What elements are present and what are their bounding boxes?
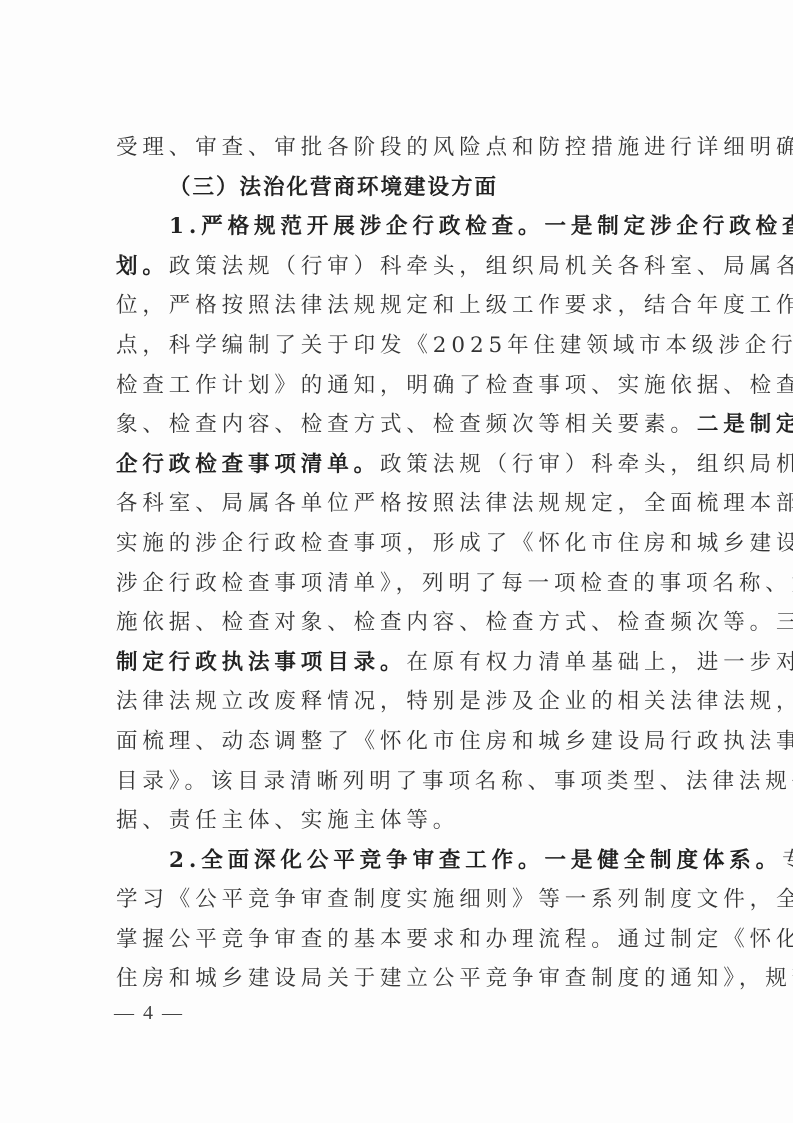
paragraph-line: 实施的涉企行政检查事项，形成了《怀化市住房和城乡建设局 xyxy=(116,524,680,564)
text-run: 施依据、检查对象、检查内容、检查方式、检查频次等。三是 xyxy=(116,610,793,635)
text-run: 面梳理、动态调整了《怀化市住房和城乡建设局行政执法事项 xyxy=(116,729,793,754)
paragraph-line: 点，科学编制了关于印发《2025年住建领域市本级涉企行政 xyxy=(116,326,680,366)
bold-run: 二是制定涉 xyxy=(697,412,793,437)
text-run: 住房和城乡建设局关于建立公平竞争审查制度的通知》，规范 xyxy=(116,966,793,991)
paragraph-line: 住房和城乡建设局关于建立公平竞争审查制度的通知》，规范 xyxy=(116,959,680,999)
section-heading: （三）法治化营商环境建设方面 xyxy=(116,168,680,208)
paragraph-line: 1.严格规范开展涉企行政检查。一是制定涉企行政检查计 xyxy=(116,207,680,247)
text-run: 据、责任主体、实施主体等。 xyxy=(116,808,459,833)
subsection-title: 2.全面深化公平竞争审查工作。 xyxy=(169,848,544,873)
text-run: 在原有权力清单基础上，进一步对照 xyxy=(406,650,793,675)
section-heading-text: （三）法治化营商环境建设方面 xyxy=(169,175,498,200)
text-run: 政策法规（行审）科牵头，组织局机关各科室、局属各单 xyxy=(169,254,793,279)
paragraph-line: 象、检查内容、检查方式、检查频次等相关要素。二是制定涉 xyxy=(116,405,680,445)
paragraph-line: 面梳理、动态调整了《怀化市住房和城乡建设局行政执法事项 xyxy=(116,722,680,762)
text-run: 专题 xyxy=(782,848,793,873)
text-run: 政策法规（行审）科牵头，组织局机关 xyxy=(380,452,793,477)
bold-run: 一是健全制度体系。 xyxy=(544,848,782,873)
paragraph-line: 2.全面深化公平竞争审查工作。一是健全制度体系。专题 xyxy=(116,841,680,881)
document-page: 受理、审查、审批各阶段的风险点和防控措施进行详细明确。 （三）法治化营商环境建设… xyxy=(0,0,793,1123)
text-run: 涉企行政检查事项清单》，列明了每一项检查的事项名称、实 xyxy=(116,571,793,596)
page-number: — 4 — xyxy=(114,1002,184,1025)
paragraph-line: 划。政策法规（行审）科牵头，组织局机关各科室、局属各单 xyxy=(116,247,680,287)
paragraph-line: 受理、审查、审批各阶段的风险点和防控措施进行详细明确。 xyxy=(116,128,680,168)
text-run: 象、检查内容、检查方式、检查频次等相关要素。 xyxy=(116,412,697,437)
paragraph-line: 涉企行政检查事项清单》，列明了每一项检查的事项名称、实 xyxy=(116,564,680,604)
text-run: 检查工作计划》的通知，明确了检查事项、实施依据、检查对 xyxy=(116,373,793,398)
paragraph-line: 法律法规立改废释情况，特别是涉及企业的相关法律法规，全 xyxy=(116,682,680,722)
document-body: 受理、审查、审批各阶段的风险点和防控措施进行详细明确。 （三）法治化营商环境建设… xyxy=(116,128,680,999)
paragraph-line: 各科室、局属各单位严格按照法律法规规定，全面梳理本部门 xyxy=(116,484,680,524)
paragraph-line: 施依据、检查对象、检查内容、检查方式、检查频次等。三是 xyxy=(116,603,680,643)
paragraph-line: 制定行政执法事项目录。在原有权力清单基础上，进一步对照 xyxy=(116,643,680,683)
paragraph-line: 学习《公平竞争审查制度实施细则》等一系列制度文件，全面 xyxy=(116,880,680,920)
paragraph-line: 检查工作计划》的通知，明确了检查事项、实施依据、检查对 xyxy=(116,366,680,406)
text-run: 实施的涉企行政检查事项，形成了《怀化市住房和城乡建设局 xyxy=(116,531,793,556)
text-run: 掌握公平竞争审查的基本要求和办理流程。通过制定《怀化市 xyxy=(116,927,793,952)
text-run: 各科室、局属各单位严格按照法律法规规定，全面梳理本部门 xyxy=(116,491,793,516)
paragraph-line: 据、责任主体、实施主体等。 xyxy=(116,801,680,841)
text-run: 学习《公平竞争审查制度实施细则》等一系列制度文件，全面 xyxy=(116,887,793,912)
bold-run: 一是制定涉企行政检查计 xyxy=(544,214,793,239)
subsection-title: 1.严格规范开展涉企行政检查。 xyxy=(169,214,544,239)
paragraph-line: 企行政检查事项清单。政策法规（行审）科牵头，组织局机关 xyxy=(116,445,680,485)
text-run: 点，科学编制了关于印发《2025年住建领域市本级涉企行政 xyxy=(116,333,793,358)
text-run: 位，严格按照法律法规规定和上级工作要求，结合年度工作重 xyxy=(116,293,793,318)
paragraph-line: 掌握公平竞争审查的基本要求和办理流程。通过制定《怀化市 xyxy=(116,920,680,960)
text-run: 受理、审查、审批各阶段的风险点和防控措施进行详细明确。 xyxy=(116,135,793,160)
text-run: 目录》。该目录清晰列明了事项名称、事项类型、法律法规依 xyxy=(116,769,793,794)
bold-run: 企行政检查事项清单。 xyxy=(116,452,380,477)
paragraph-line: 目录》。该目录清晰列明了事项名称、事项类型、法律法规依 xyxy=(116,762,680,802)
bold-run: 划。 xyxy=(116,254,169,279)
paragraph-line: 位，严格按照法律法规规定和上级工作要求，结合年度工作重 xyxy=(116,286,680,326)
bold-run: 制定行政执法事项目录。 xyxy=(116,650,406,675)
text-run: 法律法规立改废释情况，特别是涉及企业的相关法律法规，全 xyxy=(116,689,793,714)
